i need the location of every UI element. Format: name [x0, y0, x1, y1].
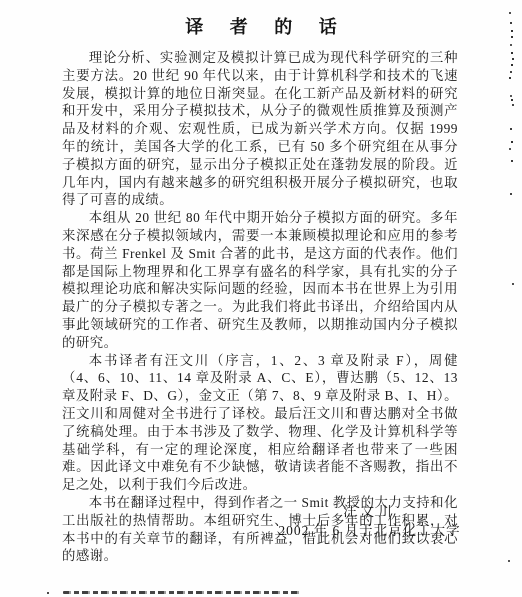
- document-page: 译 者 的 话 理论分析、实验测定及模拟计算已成为现代科学研究的三种主要方法。2…: [0, 0, 522, 597]
- body-text: 理论分析、实验测定及模拟计算已成为现代科学研究的三种主要方法。20 世纪 90 …: [62, 49, 458, 565]
- paragraph-1: 理论分析、实验测定及模拟计算已成为现代科学研究的三种主要方法。20 世纪 90 …: [62, 49, 458, 209]
- paragraph-2: 本组从 20 世纪 80 年代中期开始分子模拟方面的研究。多年来深感在分子模拟领…: [62, 209, 458, 351]
- scan-speckles: [0, 0, 2, 2]
- signature-name: 汪文川: [277, 502, 462, 521]
- scan-artifact-dot: [47, 592, 49, 594]
- paragraph-3: 本书译者有汪文川（序言，1、2、3 章及附录 F），周健（4、6、10、11、1…: [62, 352, 458, 494]
- scan-artifact-line: [63, 591, 300, 594]
- signature-block: 汪文川 2002 年 6 月于北京化工大学: [277, 502, 462, 540]
- page-title: 译 者 的 话: [0, 13, 522, 39]
- signature-date: 2002 年 6 月于北京化工大学: [277, 521, 462, 540]
